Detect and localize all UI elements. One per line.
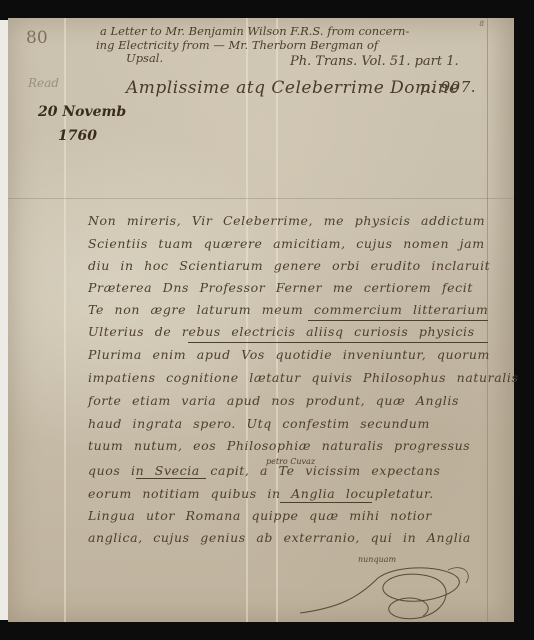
underline <box>188 342 488 343</box>
body-line: forte etiam varia apud nos produnt, quæ … <box>88 393 459 408</box>
body-line: diu in hoc Scientiarum genere orbi erudi… <box>88 258 490 273</box>
underline <box>136 478 206 479</box>
body-line: Præterea Dns Professor Ferner me certior… <box>88 280 473 295</box>
docket-line-1: a Letter to Mr. Benjamin Wilson F.R.S. f… <box>100 24 409 38</box>
body-line: Lingua utor Romana quippe quæ mihi notio… <box>88 508 432 523</box>
corner-mark: 8 <box>480 20 484 28</box>
paper-fold-line <box>8 198 514 199</box>
read-label: Read <box>28 76 59 90</box>
underline <box>280 502 372 503</box>
phil-trans-reference: Ph. Trans. Vol. 51. part 1. <box>290 54 459 69</box>
body-line: Plurima enim apud Vos quotidie inveniunt… <box>88 347 490 362</box>
body-line: anglica, cujus genius ab exterranio, qui… <box>88 530 471 545</box>
folio-number: 80 <box>26 28 48 48</box>
body-line: Te non ægre laturum meum commercium litt… <box>88 302 488 317</box>
body-line: Non mireris, Vir Celeberrime, me physici… <box>88 213 485 228</box>
body-line: Scientiis tuam quærere amicitiam, cujus … <box>88 236 485 251</box>
body-line: Ulterius de rebus electricis aliisq curi… <box>88 324 475 339</box>
signature-flourish <box>298 558 478 628</box>
date-day-month: 20 Novemb <box>38 104 126 120</box>
underline <box>308 320 488 321</box>
date-year: 1760 <box>58 128 97 144</box>
body-line: haud ingrata spero. Utq confestim secund… <box>88 416 430 431</box>
page-reference: p. 907. <box>420 78 476 96</box>
body-line: quos in Svecia capit, a Te vicissim expe… <box>88 463 441 478</box>
docket-line-3: Upsal. <box>126 51 163 65</box>
body-line: impatiens cognitione lætatur quivis Phil… <box>88 370 518 385</box>
document-viewer: 8 80 a Letter to Mr. Benjamin Wilson F.R… <box>0 0 534 640</box>
salutation: Amplissime atq Celeberrime Domine <box>126 78 460 98</box>
docket-line-2: ing Electricity from — Mr. Therborn Berg… <box>96 38 378 52</box>
body-line: tuum nutum, eos Philosophiæ naturalis pr… <box>88 438 470 453</box>
body-line: eorum notitiam quibus in Anglia locuplet… <box>88 486 434 501</box>
manuscript-page: 8 80 a Letter to Mr. Benjamin Wilson F.R… <box>8 18 514 622</box>
page-edge <box>487 18 514 622</box>
